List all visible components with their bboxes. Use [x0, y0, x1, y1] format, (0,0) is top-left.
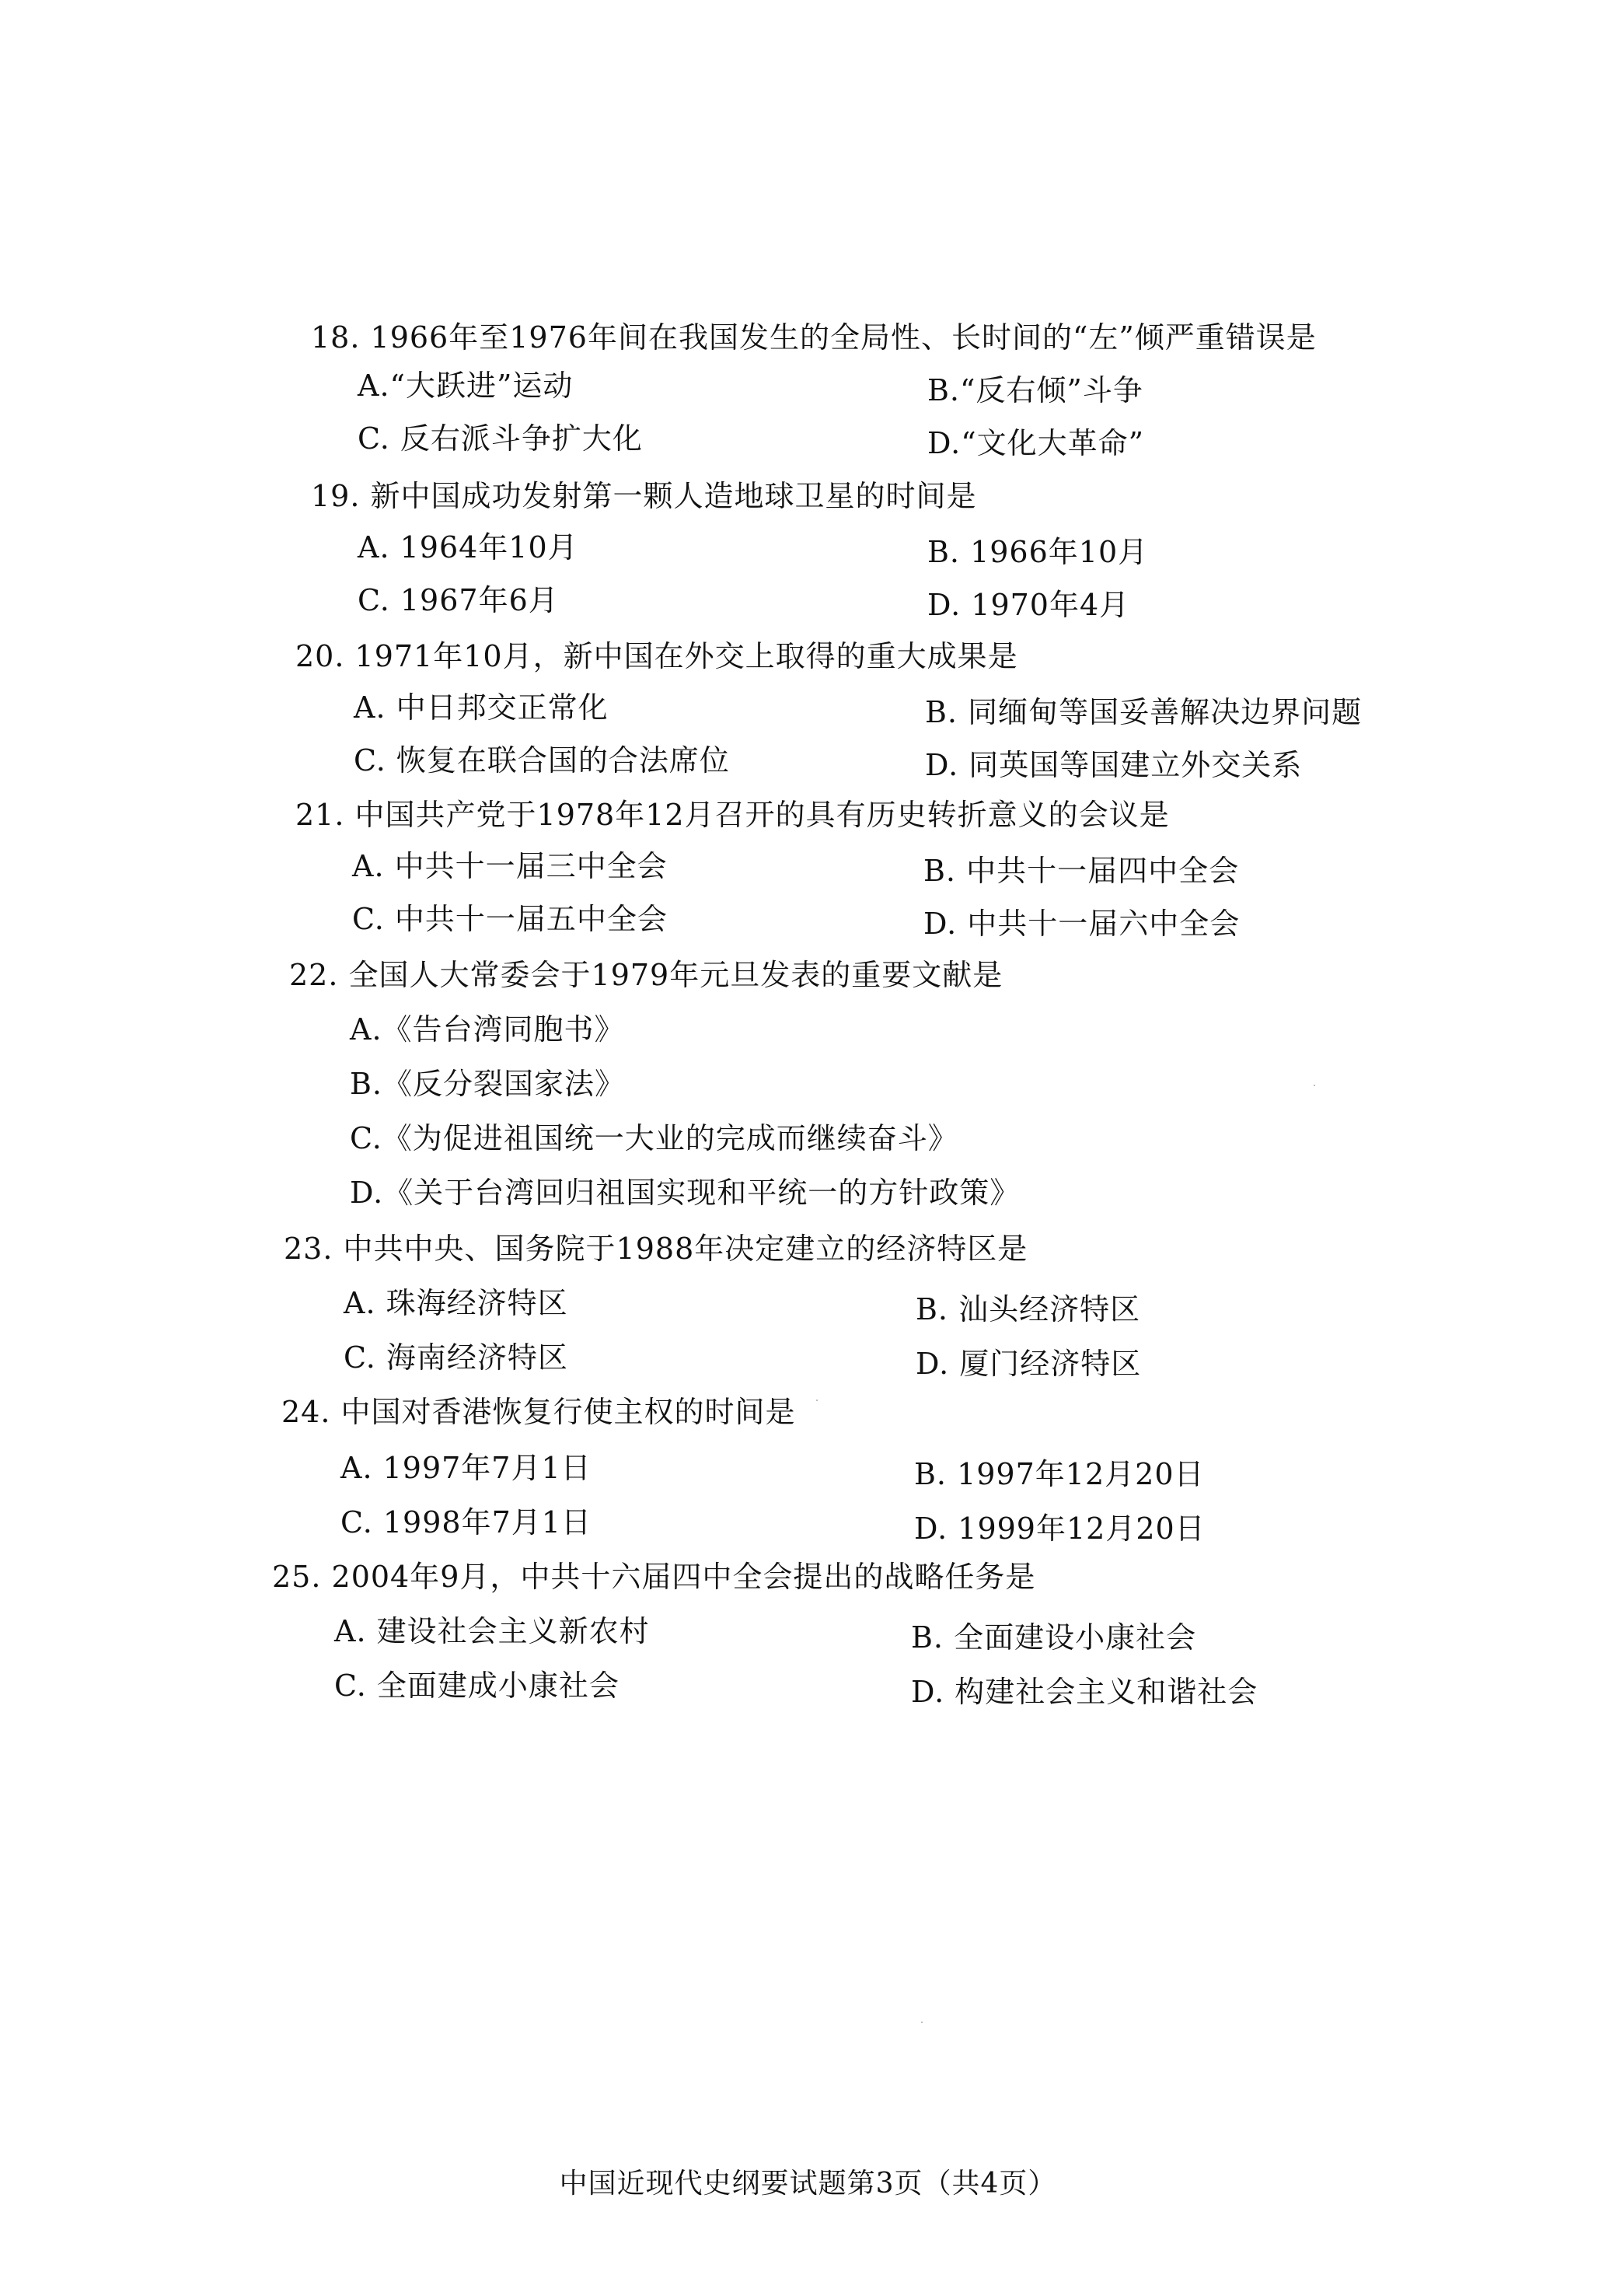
question-19-option-d: D. 1970年4月	[927, 586, 1129, 624]
question-number: 21.	[295, 796, 344, 833]
question-22-option-c: C.《为促进祖国统一大业的完成而继续奋斗》	[350, 1120, 958, 1157]
question-21-option-b: B. 中共十一届四中全会	[923, 852, 1239, 889]
question-number: 18.	[311, 319, 360, 356]
question-21-option-d: D. 中共十一届六中全会	[923, 905, 1240, 942]
question-25-stem: 25. 2004年9月，中共十六届四中全会提出的战略任务是	[272, 1558, 1035, 1595]
page-footer: 中国近现代史纲要试题第3页（共4页）	[0, 2166, 1616, 2202]
exam-page: 18. 1966年至1976年间在我国发生的全局性、长时间的“左”倾严重错误是 …	[0, 0, 1616, 2296]
question-text: 2004年9月，中共十六届四中全会提出的战略任务是	[332, 1560, 1036, 1594]
question-22-stem: 22. 全国人大常委会于1979年元旦发表的重要文献是	[289, 956, 1003, 994]
question-number: 20.	[295, 638, 344, 675]
question-number: 24.	[281, 1393, 330, 1431]
question-22-option-d: D.《关于台湾回归祖国实现和平统一的方针政策》	[350, 1174, 1020, 1211]
question-text: 1966年至1976年间在我国发生的全局性、长时间的“左”倾严重错误是	[371, 320, 1317, 355]
question-20-option-a: A. 中日邦交正常化	[354, 689, 609, 726]
question-24-option-a: A. 1997年7月1日	[340, 1449, 592, 1487]
question-18-option-c: C. 反右派斗争扩大化	[358, 420, 643, 457]
question-20-option-c: C. 恢复在联合国的合法席位	[354, 742, 730, 779]
question-22-option-a: A.《告台湾同胞书》	[350, 1011, 625, 1048]
question-25-option-d: D. 构建社会主义和谐社会	[911, 1673, 1258, 1711]
question-text: 中国对香港恢复行使主权的时间是	[341, 1395, 796, 1429]
question-25-option-a: A. 建设社会主义新农村	[334, 1613, 650, 1650]
question-text: 中共中央、国务院于1988年决定建立的经济特区是	[344, 1232, 1028, 1266]
question-23-stem: 23. 中共中央、国务院于1988年决定建立的经济特区是	[284, 1230, 1028, 1267]
question-22-option-b: B.《反分裂国家法》	[350, 1065, 625, 1103]
scan-speck	[816, 1400, 818, 1401]
question-20-option-b: B. 同缅甸等国妥善解决边界问题	[925, 694, 1362, 731]
question-23-option-b: B. 汕头经济特区	[916, 1291, 1140, 1328]
question-21-option-c: C. 中共十一届五中全会	[352, 900, 668, 938]
question-number: 23.	[284, 1230, 333, 1267]
question-number: 25.	[272, 1558, 321, 1595]
question-18-stem: 18. 1966年至1976年间在我国发生的全局性、长时间的“左”倾严重错误是	[311, 319, 1317, 356]
question-23-option-c: C. 海南经济特区	[344, 1339, 568, 1376]
question-number: 19.	[311, 477, 360, 515]
question-24-stem: 24. 中国对香港恢复行使主权的时间是	[281, 1393, 796, 1431]
question-18-option-a: A.“大跃进”运动	[358, 367, 573, 404]
question-19-option-b: B. 1966年10月	[927, 533, 1148, 571]
question-19-option-c: C. 1967年6月	[358, 582, 559, 619]
question-24-option-b: B. 1997年12月20日	[914, 1456, 1205, 1493]
question-23-option-a: A. 珠海经济特区	[344, 1284, 568, 1322]
question-24-option-d: D. 1999年12月20日	[914, 1510, 1206, 1547]
question-text: 新中国成功发射第一颗人造地球卫星的时间是	[371, 479, 977, 513]
question-number: 22.	[289, 956, 338, 994]
question-18-option-d: D.“文化大革命”	[927, 425, 1144, 462]
question-25-option-c: C. 全面建成小康社会	[334, 1667, 620, 1704]
question-21-option-a: A. 中共十一届三中全会	[352, 847, 668, 885]
question-18-option-b: B.“反右倾”斗争	[927, 372, 1143, 409]
scan-speck	[1314, 1085, 1315, 1086]
question-19-option-a: A. 1964年10月	[358, 529, 578, 566]
scan-speck	[921, 2022, 923, 2023]
question-20-stem: 20. 1971年10月，新中国在外交上取得的重大成果是	[295, 638, 1018, 675]
question-20-option-d: D. 同英国等国建立外交关系	[925, 746, 1302, 784]
question-21-stem: 21. 中国共产党于1978年12月召开的具有历史转折意义的会议是	[295, 796, 1170, 833]
question-text: 1971年10月，新中国在外交上取得的重大成果是	[355, 639, 1018, 673]
question-text: 中国共产党于1978年12月召开的具有历史转折意义的会议是	[355, 798, 1170, 832]
question-25-option-b: B. 全面建设小康社会	[911, 1619, 1196, 1656]
question-24-option-c: C. 1998年7月1日	[340, 1504, 592, 1541]
question-19-stem: 19. 新中国成功发射第一颗人造地球卫星的时间是	[311, 477, 977, 515]
question-text: 全国人大常委会于1979年元旦发表的重要文献是	[349, 958, 1003, 992]
question-23-option-d: D. 厦门经济特区	[916, 1345, 1141, 1382]
